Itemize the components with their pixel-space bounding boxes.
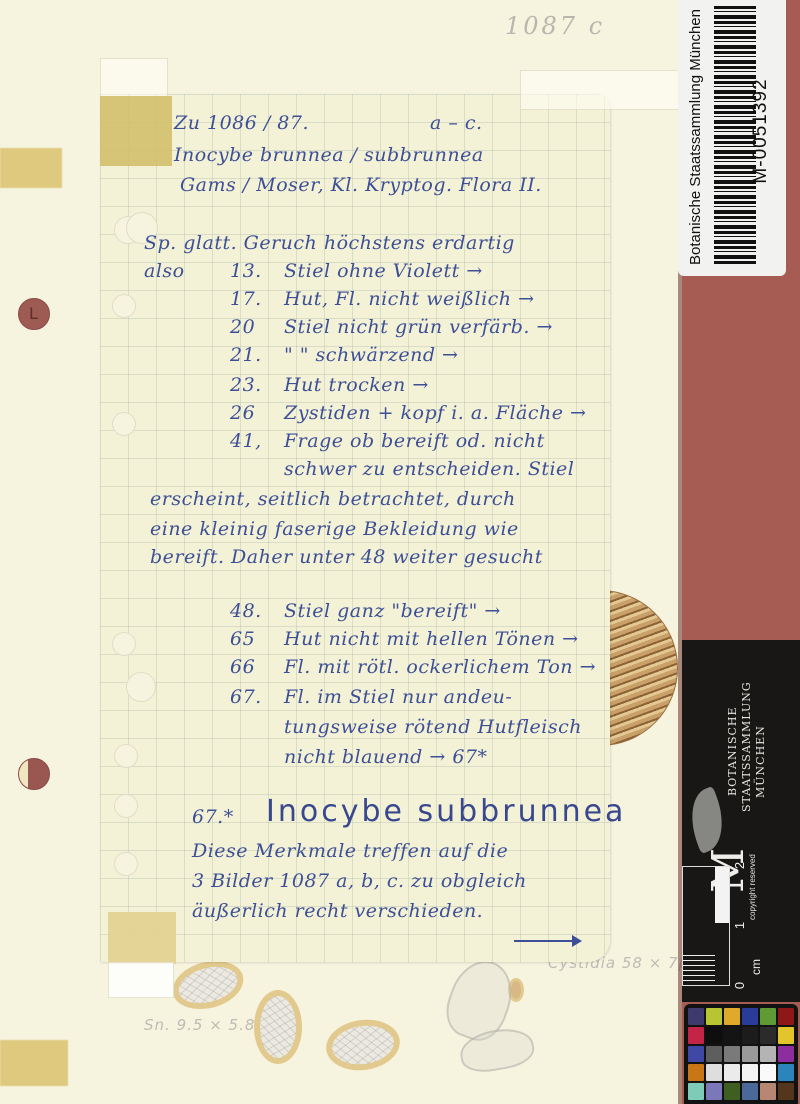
punch-hole bbox=[18, 758, 50, 790]
scale-segment bbox=[715, 867, 729, 923]
note-punch-hole bbox=[112, 412, 136, 436]
paragraph-line: bereift. Daher unter 48 weiter gesucht bbox=[150, 546, 543, 568]
color-swatch bbox=[742, 1046, 758, 1063]
scale-label: 0 bbox=[732, 982, 747, 989]
logo-line: BOTANISCHE bbox=[726, 706, 739, 796]
copyright-notice: copyright reserved bbox=[748, 854, 757, 920]
key-step-text: Stiel ohne Violett → bbox=[284, 260, 483, 282]
scale-unit: cm bbox=[749, 959, 763, 975]
key-step-continuation: tungsweise rötend Hutfleisch bbox=[284, 716, 582, 738]
key-step-number: 17. bbox=[230, 288, 270, 310]
note-punch-hole bbox=[112, 632, 136, 656]
key-step-text: Fl. im Stiel nur andeu- bbox=[284, 686, 512, 708]
conclusion-line: äußerlich recht verschieden. bbox=[192, 900, 483, 922]
color-swatch bbox=[706, 1064, 722, 1081]
spore-size-label: Sn. 9.5 × 5.8 bbox=[144, 1016, 255, 1034]
key-step-number: 65 bbox=[230, 628, 270, 650]
tape-strip bbox=[108, 912, 176, 964]
key-step-text: Frage ob bereift od. nicht bbox=[284, 430, 545, 452]
note-punch-hole bbox=[114, 852, 138, 876]
color-swatch bbox=[706, 1046, 722, 1063]
glue-stain bbox=[0, 148, 62, 188]
color-swatch bbox=[742, 1027, 758, 1044]
color-swatch bbox=[724, 1064, 740, 1081]
key-step-continuation: nicht blauend → 67* bbox=[284, 746, 488, 768]
cm-scale-bar bbox=[682, 866, 730, 986]
note-punch-hole bbox=[114, 744, 138, 768]
continue-arrow-icon bbox=[514, 940, 580, 942]
note-source: Gams / Moser, Kl. Kryptog. Flora II. bbox=[180, 174, 542, 196]
color-swatch bbox=[760, 1027, 776, 1044]
key-step-number: 20 bbox=[230, 316, 270, 338]
color-swatch bbox=[778, 1027, 794, 1044]
note-intro: Sp. glatt. Geruch höchstens erdartig bbox=[144, 232, 515, 254]
key-step-number: 21. bbox=[230, 344, 270, 366]
result-number: 67.* bbox=[192, 806, 234, 828]
tape-strip bbox=[520, 70, 680, 110]
key-step-number: 48. bbox=[230, 600, 270, 622]
glue-stain bbox=[0, 1040, 68, 1086]
note-reference: Zu 1086 / 87. bbox=[174, 112, 309, 134]
herbarium-specimen-sheet: 1087 c L Sn. 9.5 × 5.8 Cystidia 58 × 7µ bbox=[0, 0, 800, 1104]
key-step-text: Hut, Fl. nicht weißlich → bbox=[284, 288, 535, 310]
logo-line: MÜNCHEN bbox=[754, 725, 767, 798]
barcode-label: Botanische Staatssammlung München M-0051… bbox=[678, 0, 786, 276]
key-step-text: " " schwärzend → bbox=[284, 344, 458, 366]
conclusion-line: 3 Bilder 1087 a, b, c. zu obgleich bbox=[192, 870, 527, 892]
color-swatch bbox=[778, 1046, 794, 1063]
scale-label: 1 bbox=[732, 922, 747, 929]
color-swatch bbox=[706, 1083, 722, 1100]
tape-strip bbox=[100, 96, 172, 166]
institution-name: Botanische Staatssammlung München bbox=[687, 0, 713, 275]
color-swatch bbox=[724, 1008, 740, 1025]
key-step-number: 41, bbox=[230, 430, 270, 452]
key-step-number: 26 bbox=[230, 402, 270, 424]
scale-label: 2 bbox=[732, 862, 747, 869]
accession-number-pencil: 1087 c bbox=[505, 12, 605, 40]
key-step-text: Fl. mit rötl. ockerlichem Ton → bbox=[284, 656, 596, 678]
note-range: a – c. bbox=[430, 112, 483, 134]
color-swatch bbox=[760, 1064, 776, 1081]
color-swatch bbox=[760, 1083, 776, 1100]
hole-letter: L bbox=[29, 304, 38, 323]
color-swatch bbox=[688, 1064, 704, 1081]
barcode-id: M-0051392 bbox=[750, 16, 780, 246]
color-swatch bbox=[778, 1064, 794, 1081]
logo-line: STAATSSAMMLUNG bbox=[740, 681, 753, 812]
color-swatch bbox=[688, 1008, 704, 1025]
paragraph-line: schwer zu entscheiden. Stiel bbox=[284, 458, 574, 480]
key-step-text: Stiel ganz "bereift" → bbox=[284, 600, 501, 622]
handwritten-note: Zu 1086 / 87. a – c. Inocybe brunnea / s… bbox=[100, 94, 610, 962]
scale-ticks bbox=[683, 955, 715, 985]
tape-strip bbox=[108, 962, 174, 998]
key-step-number: 23. bbox=[230, 374, 270, 396]
note-species: Inocybe brunnea / subbrunnea bbox=[174, 144, 484, 166]
color-swatch bbox=[688, 1046, 704, 1063]
key-step-number: 66 bbox=[230, 656, 270, 678]
key-step-text: Hut nicht mit hellen Tönen → bbox=[284, 628, 579, 650]
conclusion-line: Diese Merkmale treffen auf die bbox=[192, 840, 508, 862]
spore-drawing bbox=[323, 1015, 403, 1075]
spore-drawing bbox=[254, 990, 302, 1064]
color-calibration-chart bbox=[684, 1004, 798, 1104]
note-punch-hole bbox=[126, 672, 156, 702]
result-species-name: Inocybe subbrunnea bbox=[266, 794, 626, 829]
paragraph-line: eine kleinig faserige Bekleidung wie bbox=[150, 518, 519, 540]
key-step-number: 13. bbox=[230, 260, 270, 282]
key-step-number: 67. bbox=[230, 686, 270, 708]
key-prefix: also bbox=[144, 260, 185, 282]
key-step-text: Stiel nicht grün verfärb. → bbox=[284, 316, 553, 338]
color-swatch bbox=[742, 1083, 758, 1100]
color-swatch bbox=[724, 1046, 740, 1063]
color-swatch bbox=[688, 1083, 704, 1100]
paragraph-line: erscheint, seitlich betrachtet, durch bbox=[150, 488, 516, 510]
color-swatch bbox=[742, 1008, 758, 1025]
note-punch-hole bbox=[112, 294, 136, 318]
color-swatch bbox=[778, 1008, 794, 1025]
gill-drawing bbox=[598, 590, 678, 746]
color-swatch bbox=[760, 1046, 776, 1063]
note-punch-hole bbox=[114, 794, 138, 818]
color-swatch bbox=[724, 1027, 740, 1044]
color-swatch bbox=[778, 1083, 794, 1100]
tape-strip bbox=[100, 58, 168, 98]
key-step-text: Zystiden + kopf i. a. Fläche → bbox=[284, 402, 586, 424]
color-swatch bbox=[742, 1064, 758, 1081]
color-swatch bbox=[706, 1027, 722, 1044]
spore-drawing bbox=[167, 953, 248, 1016]
color-swatch bbox=[724, 1083, 740, 1100]
color-swatch bbox=[706, 1008, 722, 1025]
punch-hole: L bbox=[18, 298, 50, 330]
color-swatch bbox=[688, 1027, 704, 1044]
color-swatch bbox=[760, 1008, 776, 1025]
key-step-text: Hut trocken → bbox=[284, 374, 429, 396]
